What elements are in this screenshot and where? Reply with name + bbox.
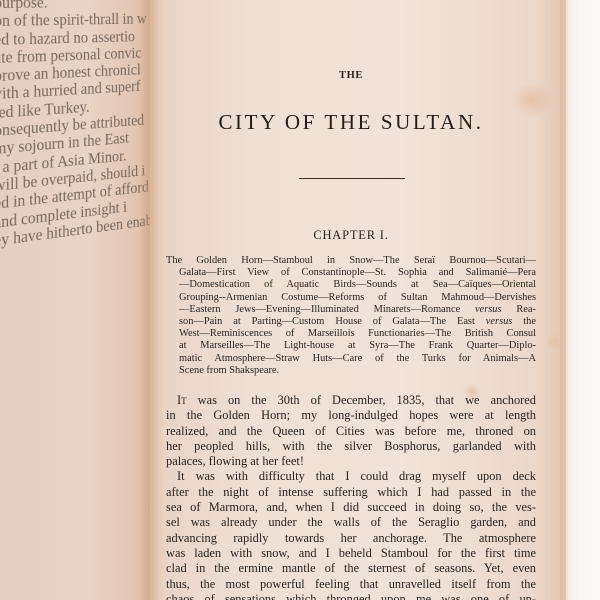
chapter-body: It was on the 30th of December, 1835, th… [166, 393, 536, 600]
chapter-heading: CHAPTER I. [166, 228, 536, 243]
body-line: after the night of intense suffering whi… [166, 485, 536, 500]
summary-line: Grouping--Armenian Costume—Reforms of Su… [166, 292, 536, 304]
dropcaps-word: It [177, 393, 187, 407]
summary-line: —Eastern Jews—Evening—Illuminated Minare… [166, 304, 536, 316]
summary-line: Scene from Shakspeare. [166, 365, 536, 377]
book-gutter [140, 0, 166, 600]
body-line: sea of Marmora, and, when I did succeed … [166, 500, 536, 515]
left-page-text: purpose. on of the spirit-thrall in w ed… [0, 0, 150, 250]
italic-word: versus [486, 316, 513, 327]
body-line: her peopled hills, with the silver Bosph… [166, 439, 536, 454]
summary-line: —Domestication of Aquatic Birds—Sounds a… [166, 279, 536, 291]
body-line: sel was already under the walls of the S… [166, 515, 536, 530]
summary-line: Galata—First View of Constantinople—St. … [166, 267, 536, 279]
title-rule-divider [299, 178, 405, 179]
page-edge [560, 0, 568, 600]
body-line: in the Golden Horn; my long-indulged hop… [166, 408, 536, 423]
left-facing-page: purpose. on of the spirit-thrall in w ed… [0, 0, 150, 600]
italic-word: versus [475, 304, 502, 315]
title-prefix: THE [166, 70, 536, 81]
summary-line: son—Pain at Parting—Custom House of Gala… [166, 316, 536, 328]
body-line: It was with difficulty that I could drag… [166, 469, 536, 484]
summary-line: at Marseilles—The Light-house at Syra—Th… [166, 340, 536, 352]
paragraph-1-line-1: It was on the 30th of December, 1835, th… [166, 393, 536, 408]
body-line: clad in the ermine mantle of the sternes… [166, 561, 536, 576]
summary-line: matic Atmosphere—Straw Huts—Care of the … [166, 353, 536, 365]
body-line-text: was on the 30th of December, 1835, that … [187, 393, 536, 407]
body-line: chaos of sensations which thronged upon … [166, 592, 536, 600]
body-line: advancing rapidly towards her anchorage.… [166, 531, 536, 546]
book-photo: purpose. on of the spirit-thrall in w ed… [0, 0, 600, 600]
body-line: realized, and the Queen of Cities was be… [166, 424, 536, 439]
summary-line: West—Reminiscences of Marseillois Functi… [166, 328, 536, 340]
body-line: was laden with snow, and I beheld Stambo… [166, 546, 536, 561]
chapter-summary: The Golden Horn—Stamboul in Snow—The Ser… [166, 255, 536, 377]
body-line: palaces, flowing at her feet! [166, 454, 536, 469]
book-title: CITY OF THE SULTAN. [166, 110, 536, 135]
body-line: thus, the most powerful feeling that unr… [166, 577, 536, 592]
summary-line: The Golden Horn—Stamboul in Snow—The Ser… [166, 255, 536, 267]
background-surface [566, 0, 600, 600]
